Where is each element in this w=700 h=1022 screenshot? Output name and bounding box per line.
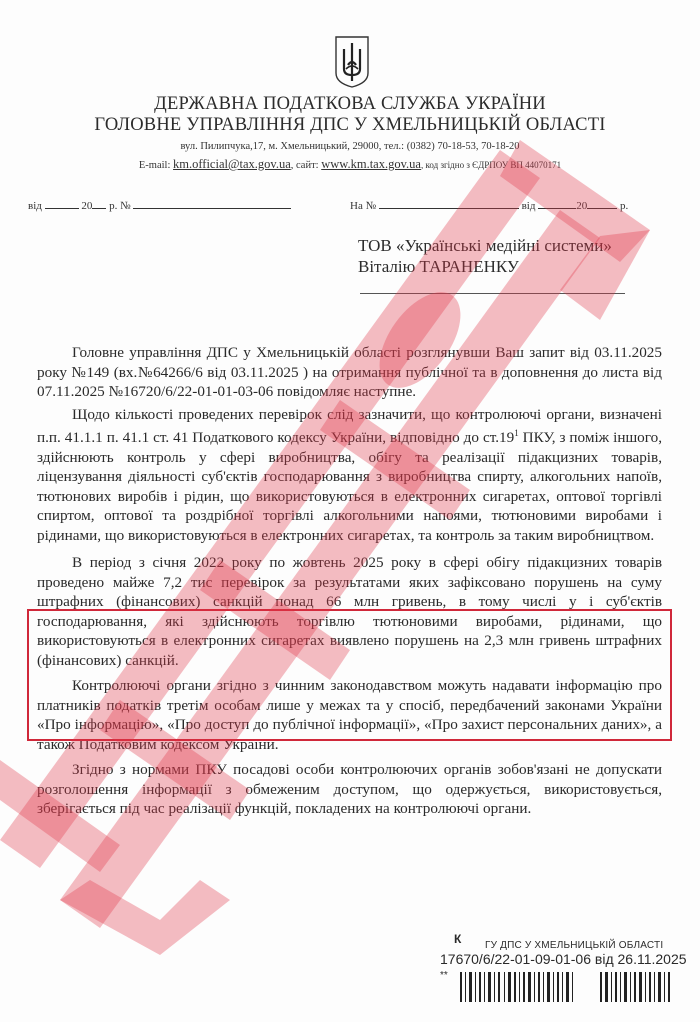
ref-from-label: від (28, 200, 42, 212)
letter-body: Головне управління ДПС у Хмельницькій об… (37, 343, 662, 822)
email-link[interactable]: km.official@tax.gov.ua (173, 157, 291, 171)
trident-coat-of-arms-icon (334, 35, 370, 89)
incoming-reference: На № від 20 р. (350, 198, 628, 212)
recipient-block: ТОВ «Українські медійні системи» Віталію… (358, 235, 612, 277)
recipient-company: ТОВ «Українські медійні системи» (358, 235, 612, 256)
org-title-line1: ДЕРЖАВНА ПОДАТКОВА СЛУЖБА УКРАЇНИ (0, 94, 700, 115)
email-label: E-mail: (139, 160, 173, 171)
site-label: , сайт: (291, 160, 321, 171)
ref-day-blank (45, 198, 79, 209)
org-contacts: E-mail: km.official@tax.gov.ua, сайт: ww… (0, 157, 700, 172)
site-link[interactable]: www.km.tax.gov.ua (321, 157, 421, 171)
ref-year-blank (92, 198, 106, 209)
ref-day-blank-2 (538, 198, 576, 209)
paragraph-5: Згідно з нормами ПКУ посадові особи конт… (37, 760, 662, 819)
ref-no-label: р. № (109, 200, 131, 212)
paragraph-2-part-b: ПКУ, з поміж іншого, здійснюють контроль… (37, 429, 662, 544)
ref-na-label: На № (350, 200, 376, 212)
ref-year-label: 20 (81, 200, 92, 212)
edrpou-code: , код згідно з ЄДРПОУ ВП 44070171 (421, 160, 561, 170)
barcode-icon (460, 972, 680, 1002)
ref-from-label-2: від (522, 200, 536, 212)
paragraph-2: Щодо кількості проведених перевірок слід… (37, 405, 662, 546)
ref-year-label-2: 20 (576, 200, 587, 212)
paragraph-1: Головне управління ДПС у Хмельницькій об… (37, 343, 662, 402)
ref-number-blank (133, 198, 291, 209)
recipient-underline (360, 293, 625, 294)
outgoing-reference: від 20 р. № (28, 198, 291, 212)
stamp-marker: ** (440, 970, 448, 981)
stamp-letter: К (454, 932, 461, 946)
ref-year-blank-2 (587, 198, 617, 209)
stamp-number: 17670/6/22-01-09-01-06 від 26.11.2025 (440, 951, 687, 967)
ref-r-label: р. (620, 200, 628, 212)
org-title-line2: ГОЛОВНЕ УПРАВЛІННЯ ДПС У ХМЕЛЬНИЦЬКІЙ ОБ… (0, 115, 700, 136)
stamp-org: ГУ ДПС У ХМЕЛЬНИЦЬКІЙ ОБЛАСТІ (485, 940, 663, 951)
letter-page: ДЕРЖАВНА ПОДАТКОВА СЛУЖБА УКРАЇНИ ГОЛОВН… (0, 0, 700, 1022)
org-address: вул. Пилипчука,17, м. Хмельницький, 2900… (0, 141, 700, 152)
ref-incoming-blank (379, 198, 519, 209)
highlight-box (27, 609, 672, 741)
recipient-person: Віталію ТАРАНЕНКУ (358, 256, 612, 277)
